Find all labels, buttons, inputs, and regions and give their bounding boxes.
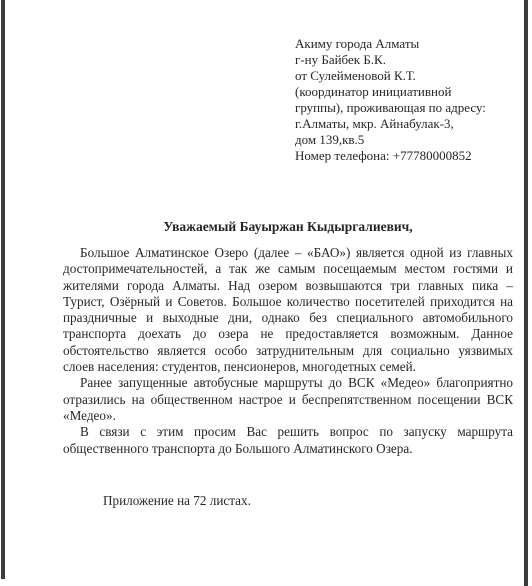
scanned-letter-page: Акиму города Алматы г-ну Байбек Б.К. от … [0, 0, 532, 586]
recipient-address-block: Акиму города Алматы г-ну Байбек Б.К. от … [295, 36, 505, 164]
letter-salutation: Уважаемый Бауыржан Кыдыргалиевич, [63, 219, 513, 235]
sender-line-phone: Номер телефона: +77780000852 [295, 148, 505, 164]
sender-line-role-2: группы), проживающая по адресу: [295, 100, 505, 116]
letter-paragraph-2: Ранее запущенные автобусные маршруты до … [63, 375, 513, 424]
sender-line-role-1: (координатор инициативной [295, 84, 505, 100]
page-edge-left [1, 0, 5, 579]
recipient-line-addressee: Акиму города Алматы [295, 36, 505, 52]
page-edge-right [524, 0, 528, 586]
sender-line-address-1: г.Алматы, мкр. Айнабулак-3, [295, 116, 505, 132]
letter-paragraph-3: В связи с этим просим Вас решить вопрос … [63, 424, 513, 457]
letter-paragraph-1: Большое Алматинское Озеро (далее – «БАО»… [63, 245, 513, 375]
letter-body: Большое Алматинское Озеро (далее – «БАО»… [63, 245, 513, 457]
sender-line-name: от Сулейменовой К.Т. [295, 68, 505, 84]
attachment-note: Приложение на 72 листах. [103, 493, 251, 509]
sender-line-address-2: дом 139,кв.5 [295, 132, 505, 148]
recipient-line-name: г-ну Байбек Б.К. [295, 52, 505, 68]
